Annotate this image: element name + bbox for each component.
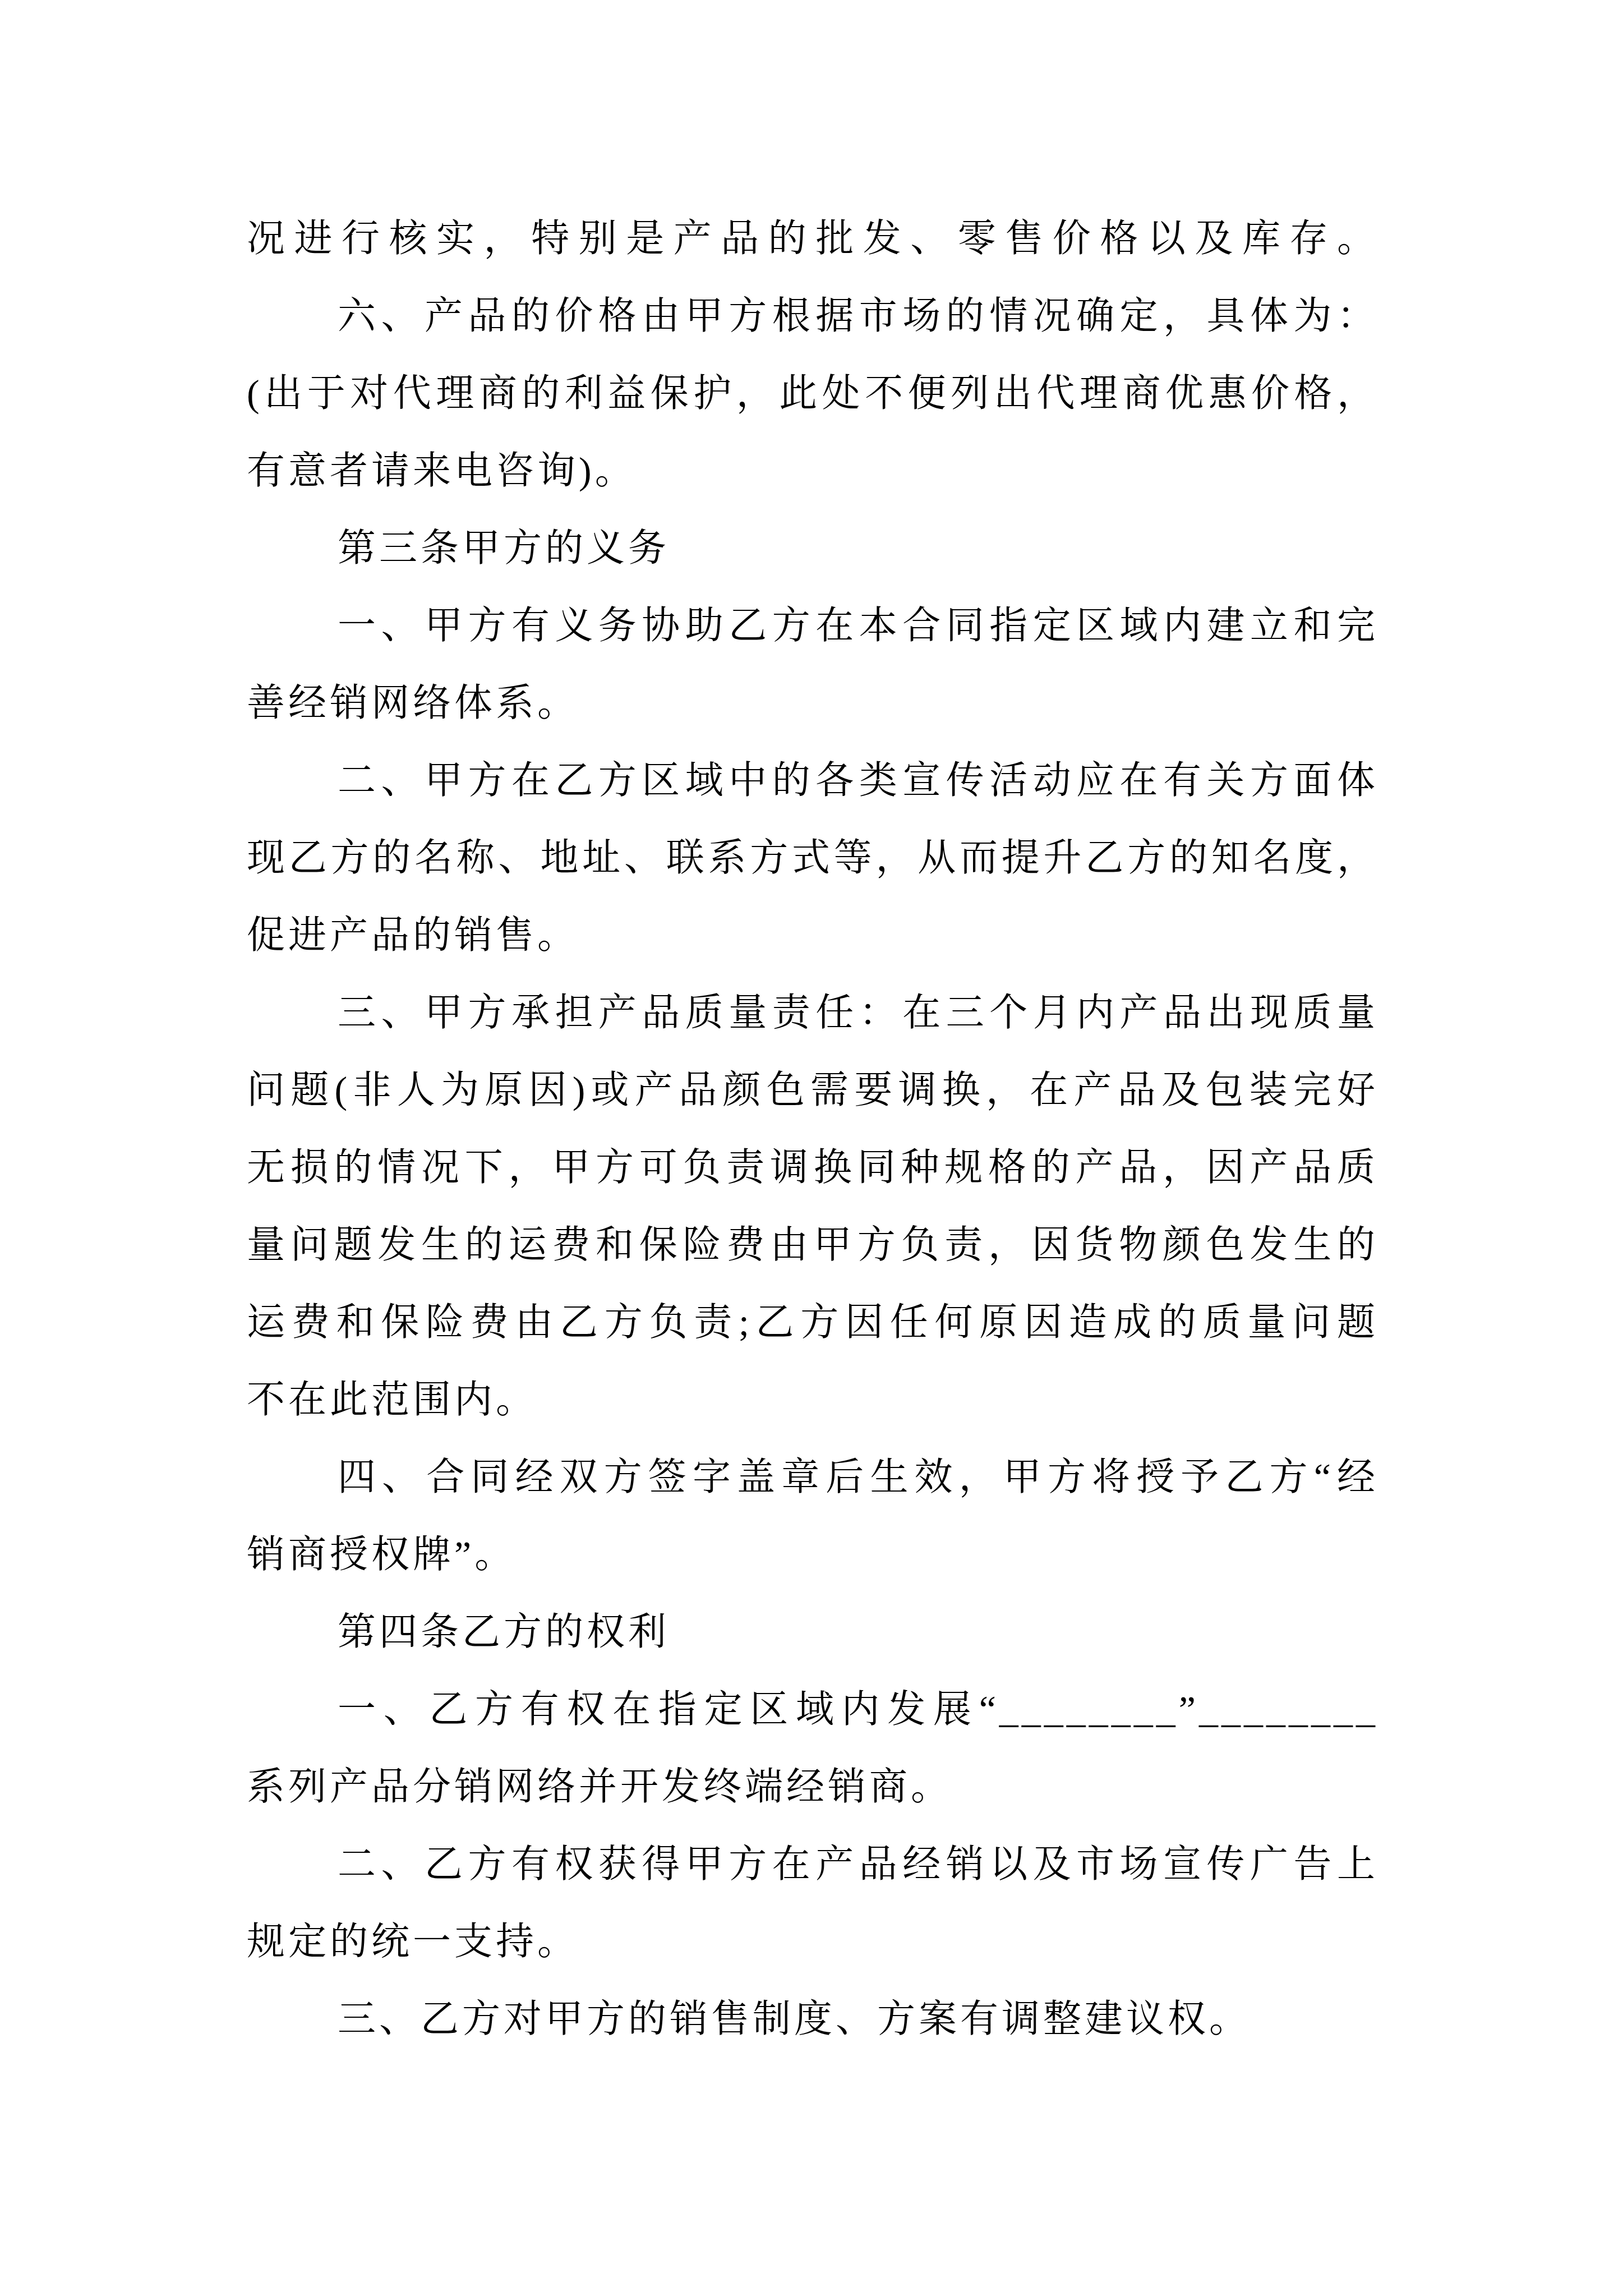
contract-line: 不在此范围内。 <box>247 1361 1378 1438</box>
contract-line: 量问题发生的运费和保险费由甲方负责，因货物颜色发生的 <box>247 1206 1378 1283</box>
contract-line: 问题(非人为原因)或产品颜色需要调换，在产品及包装完好 <box>247 1051 1378 1129</box>
contract-line: 无损的情况下，甲方可负责调换同种规格的产品，因产品质 <box>247 1129 1378 1206</box>
document-page: 况进行核实，特别是产品的批发、零售价格以及库存。 六、产品的价格由甲方根据市场的… <box>0 0 1623 2296</box>
contract-line: 现乙方的名称、地址、联系方式等，从而提升乙方的知名度， <box>247 819 1378 896</box>
contract-line: (出于对代理商的利益保护，此处不便列出代理商优惠价格， <box>247 355 1378 432</box>
contract-line: 有意者请来电咨询)。 <box>247 432 1378 509</box>
contract-line: 六、产品的价格由甲方根据市场的情况确定，具体为： <box>247 277 1378 355</box>
contract-line: 销商授权牌”。 <box>247 1516 1378 1593</box>
contract-text-block: 况进行核实，特别是产品的批发、零售价格以及库存。 六、产品的价格由甲方根据市场的… <box>247 200 1378 2058</box>
contract-line: 一、甲方有义务协助乙方在本合同指定区域内建立和完 <box>247 587 1378 664</box>
contract-line: 三、甲方承担产品质量责任：在三个月内产品出现质量 <box>247 974 1378 1051</box>
contract-line: 二、甲方在乙方区域中的各类宣传活动应在有关方面体 <box>247 742 1378 819</box>
contract-line: 一、乙方有权在指定区域内发展“________”________ <box>247 1671 1378 1748</box>
contract-line: 四、合同经双方签字盖章后生效，甲方将授予乙方“经 <box>247 1438 1378 1516</box>
contract-line: 运费和保险费由乙方负责;乙方因任何原因造成的质量问题 <box>247 1283 1378 1361</box>
contract-line: 第四条乙方的权利 <box>247 1593 1378 1671</box>
contract-line: 善经销网络体系。 <box>247 664 1378 742</box>
contract-line: 第三条甲方的义务 <box>247 509 1378 587</box>
contract-line: 规定的统一支持。 <box>247 1903 1378 1980</box>
contract-line: 促进产品的销售。 <box>247 896 1378 974</box>
contract-line: 二、乙方有权获得甲方在产品经销以及市场宣传广告上 <box>247 1825 1378 1903</box>
contract-line: 三、乙方对甲方的销售制度、方案有调整建议权。 <box>247 1980 1378 2058</box>
contract-line: 系列产品分销网络并开发终端经销商。 <box>247 1748 1378 1825</box>
contract-line: 况进行核实，特别是产品的批发、零售价格以及库存。 <box>247 200 1378 277</box>
